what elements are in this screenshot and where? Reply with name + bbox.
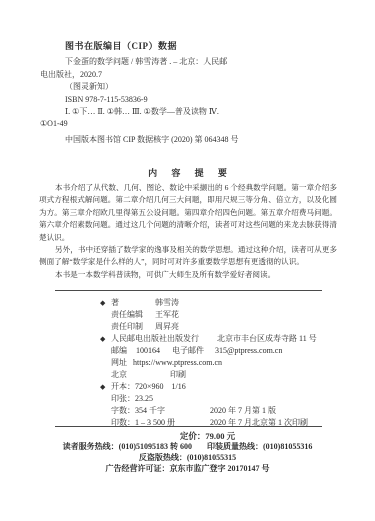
postcode-email-row: 邮编 100164 电子邮件 315@ptpress.com.cn: [102, 345, 334, 357]
diamond-bullet-icon: ◆: [100, 333, 105, 345]
print-supervisor-label: 责任印制: [111, 321, 153, 333]
editor-row: 责任编辑 王军花: [102, 309, 334, 321]
author-row: ◆ 著 韩雪涛: [102, 297, 334, 309]
book-copyright-page: 图书在版编目（CIP）数据 下金蛋的数学问题 / 韩雪涛著 . – 北京：人民邮…: [0, 0, 375, 521]
website-row: 网址 https://www.ptpress.com.cn: [102, 357, 334, 369]
cip-isbn: ISBN 978-7-115-53836-9: [40, 94, 340, 106]
author-label: 著: [111, 297, 153, 309]
hotline-anti-piracy: 反盗版热线：(010)81055315: [0, 452, 375, 463]
divider-top: [55, 290, 322, 291]
publisher-address: 北京市丰台区成寿寺路 11 号: [217, 334, 317, 343]
cip-entry-line-2: 电出版社，2020.7: [40, 69, 340, 81]
abstract-heading: 内 容 提 要: [0, 166, 375, 179]
publisher-name: 人民邮电出版社出版发行: [111, 333, 215, 345]
cip-series: （图灵新知）: [40, 81, 340, 93]
postcode-label: 邮编: [111, 345, 134, 357]
print-supervisor-row: 责任印制 周昇亮: [102, 321, 334, 333]
cip-block: 图书在版编目（CIP）数据 下金蛋的数学问题 / 韩雪涛著 . – 北京：人民邮…: [40, 40, 340, 146]
printing-word: 印刷: [170, 370, 186, 379]
hotline-service-row: 读者服务热线：(010)51095183 转 600 印装质量热线：(010)8…: [0, 441, 375, 452]
editor-name: 王军花: [155, 310, 179, 319]
hotlines-block: 读者服务热线：(010)51095183 转 600 印装质量热线：(010)8…: [0, 441, 375, 474]
email-value: 315@ptpress.com.cn: [215, 346, 282, 355]
printing-city-row: 北京 印刷: [102, 369, 334, 381]
word-count-row: 字数：354 千字 2020 年 7 月第 1 版: [102, 405, 334, 417]
cip-title: 图书在版编目（CIP）数据: [40, 40, 340, 52]
editor-label: 责任编辑: [111, 309, 153, 321]
abstract-paragraph-1: 本书介绍了从代数、几何、图论、数论中采撷出的 6 个经典数学问题。第一章介绍多项…: [39, 182, 337, 244]
hotline-print-quality: 印装质量热线：(010)81055316: [207, 442, 312, 451]
word-count-value: 字数：354 千字: [111, 405, 208, 417]
publisher-row: ◆ 人民邮电出版社出版发行 北京市丰台区成寿寺路 11 号: [102, 333, 334, 345]
colophon-block: ◆ 著 韩雪涛 责任编辑 王军花 责任印制 周昇亮 ◆ 人民邮电出版社出版发行 …: [102, 297, 334, 429]
author-name: 韩雪涛: [155, 298, 179, 307]
printing-city: 北京: [111, 369, 168, 381]
diamond-bullet-icon: ◆: [100, 297, 105, 309]
cip-entry-line-1: 下金蛋的数学问题 / 韩雪涛著 . – 北京：人民邮: [40, 56, 340, 68]
copies-row: 印数：1 – 3 500 册 2020 年 7 月北京第 1 次印刷: [102, 417, 334, 429]
abstract-block: 本书介绍了从代数、几何、图论、数论中采撷出的 6 个经典数学问题。第一章介绍多项…: [39, 182, 337, 281]
format-row: ◆ 开本：720×960 1/16: [102, 381, 334, 393]
divider-bottom: [55, 426, 322, 427]
diamond-bullet-icon: ◆: [100, 381, 105, 393]
format-value: 开本：720×960 1/16: [111, 382, 186, 391]
ad-license-line: 广告经营许可证：京东市监广登字 20170147 号: [0, 463, 375, 474]
website-url: https://www.ptpress.com.cn: [133, 358, 222, 367]
copies-value: 印数：1 – 3 500 册: [111, 417, 208, 429]
hotline-reader-service: 读者服务热线：(010)51095183 转 600: [63, 442, 192, 451]
cip-classification-line-1: Ⅰ. ①下… Ⅱ. ①韩… Ⅲ. ①数学—普及读物 Ⅳ.: [40, 106, 340, 118]
postcode-value: 100164: [136, 345, 170, 357]
edition-value: 2020 年 7 月第 1 版: [210, 406, 276, 415]
cip-classification-line-2: ①O1-49: [40, 118, 340, 130]
abstract-paragraph-3: 本书是一本数学科普读物，可供广大师生及所有数学爱好者阅读。: [39, 269, 337, 281]
cip-record-number: 中国版本图书馆 CIP 数据核字 (2020) 第 064348 号: [40, 134, 340, 146]
email-label: 电子邮件: [172, 345, 213, 357]
sheets-value: 印张：23.25: [111, 394, 153, 403]
abstract-paragraph-2: 另外，书中还穿插了数学家的逸事及相关的数学思想。通过这种介绍，读者可从更多侧面了…: [39, 244, 337, 269]
print-supervisor-name: 周昇亮: [155, 322, 179, 331]
sheets-row: 印张：23.25: [102, 393, 334, 405]
website-label: 网址: [111, 357, 131, 369]
